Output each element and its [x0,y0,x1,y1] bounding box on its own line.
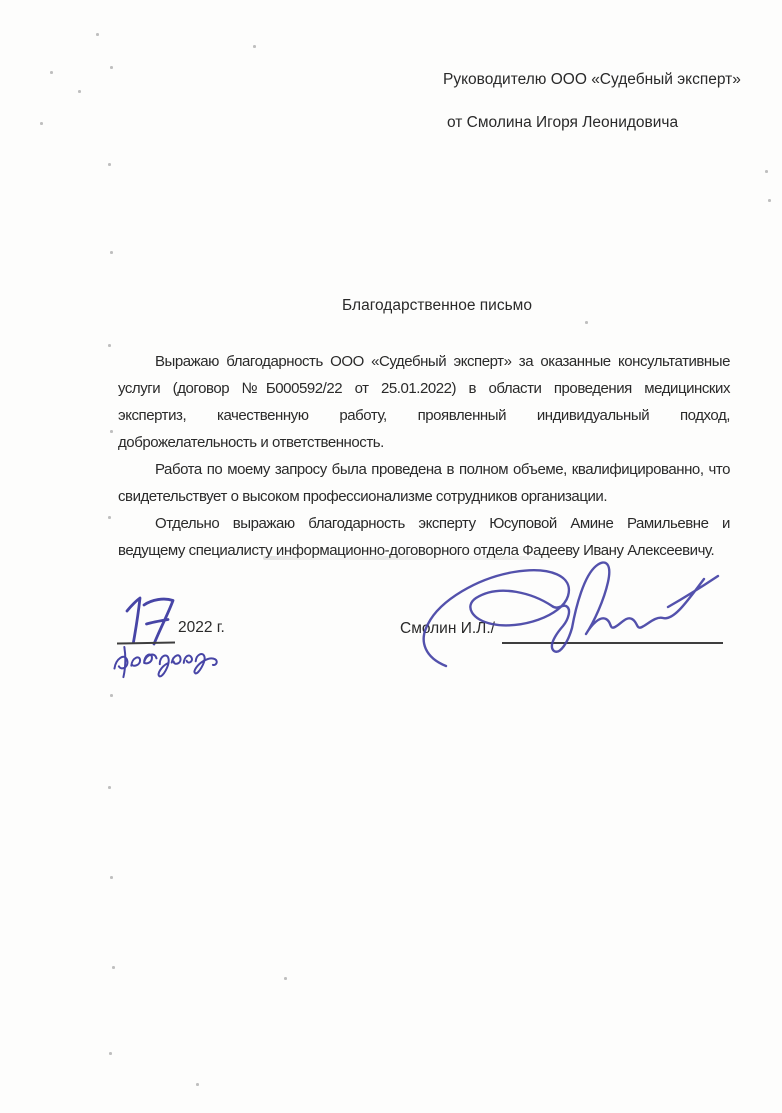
scan-speck [196,1083,199,1086]
sender-line: от Смолина Игоря Леонидовича [443,113,741,133]
handwritten-month [110,633,254,682]
recipient-line: Руководителю ООО «Судебный эксперт» [443,70,741,90]
scan-speck [108,786,111,789]
letter-body: Выражаю благодарность ООО «Судебный эксп… [118,348,730,564]
scan-speck [108,163,111,166]
body-line: экспертиз, качественную работу, проявлен… [118,402,730,429]
body-line: услуги (договор №Б000592/22 от 25.01.202… [118,375,730,402]
scan-speck [585,321,588,324]
scan-speck [765,170,768,173]
scan-speck [109,1052,112,1055]
scan-speck [768,199,771,202]
body-line: свидетельствует о высоком профессионализ… [118,483,730,510]
scan-speck [108,516,111,519]
body-line: Отдельно выражаю благодарность эксперту … [118,510,730,537]
letter-title: Благодарственное письмо [118,297,730,315]
scan-speck [78,90,81,93]
body-line: Выражаю благодарность ООО «Судебный эксп… [118,348,730,375]
scan-speck [110,876,113,879]
scan-speck [50,71,53,74]
scan-speck [96,33,99,36]
scan-speck [253,45,256,48]
address-block: Руководителю ООО «Судебный эксперт» от С… [443,70,741,133]
scan-speck [110,251,113,254]
scanned-letter-page: Руководителю ООО «Судебный эксперт» от С… [0,0,782,1113]
body-line: Работа по моему запросу была проведена в… [118,456,730,483]
scan-speck [110,694,113,697]
scan-speck [284,977,287,980]
scan-speck [110,430,113,433]
scan-speck [110,66,113,69]
signature-ink [416,554,728,674]
scan-speck [40,122,43,125]
scan-speck [112,966,115,969]
scan-speck [108,344,111,347]
body-line: доброжелательность и ответственность. [118,429,730,456]
